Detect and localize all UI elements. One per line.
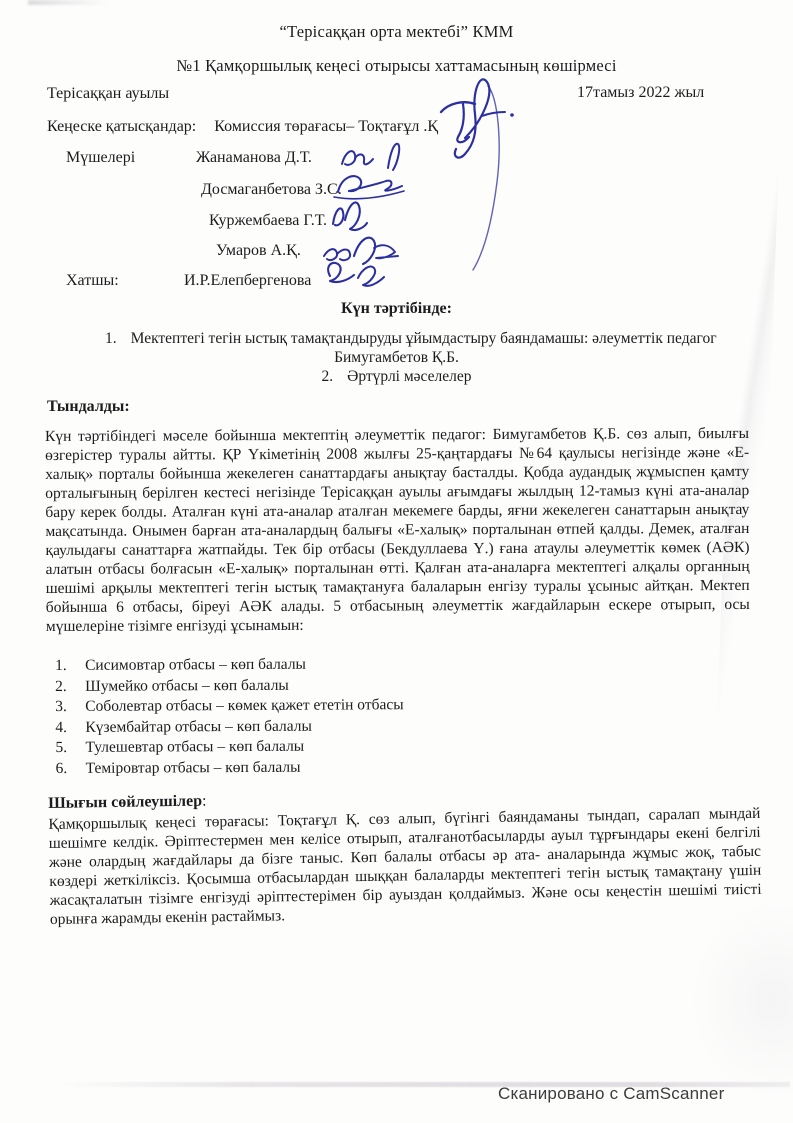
- families-list: 1.Сисимовтар отбасы – көп балалы 2.Шумей…: [55, 654, 404, 779]
- signature-chairman: [425, 72, 535, 277]
- agenda-item-1: 1.Мектептегі тегін ыстық тамақтандыруды …: [105, 330, 717, 348]
- agenda-item-2: 2.Әртүрлі мәселелер: [0, 368, 793, 386]
- speakers-section: Шығын сөйлеушілер: Қамқоршылық кеңесі тө…: [48, 784, 762, 929]
- secretary-name: И.Р.Елепбергенова: [184, 272, 311, 290]
- document-title: “Терісаққан орта мектебі” КММ: [0, 22, 793, 42]
- family-item-text: Соболевтар отбасы – көмек қажет ететін о…: [85, 696, 403, 715]
- family-item-number: 5.: [55, 738, 73, 759]
- agenda-item-2-number: 2.: [322, 368, 334, 386]
- attendees-label: Кеңеске қатысқандар:: [47, 118, 196, 135]
- agenda-item-2-text: Әртүрлі мәселелер: [347, 368, 471, 385]
- family-list-item: 1.Сисимовтар отбасы – көп балалы: [55, 654, 404, 676]
- member-name-2: Досмаганбетова З.С.: [201, 181, 342, 199]
- document-date: 17тамыз 2022 жыл: [577, 84, 704, 102]
- family-list-item: 2.Шумейко отбасы – көп балалы: [55, 675, 404, 697]
- speakers-body: Қамқоршылық кеңесі төрағасы: Тоқтағұл Қ.…: [48, 804, 762, 929]
- agenda-item-1-text: Мектептегі тегін ыстық тамақтандыруды ұй…: [131, 330, 717, 347]
- family-list-item: 5.Тулешевтар отбасы – көп балалы: [55, 736, 404, 758]
- chairman-name: Комиссия төрағасы– Тоқтағұл .Қ: [214, 118, 438, 135]
- camscanner-watermark: Сканировано с CamScanner: [498, 1084, 724, 1104]
- family-item-text: Тулешевтар отбасы – көп балалы: [85, 738, 304, 756]
- heard-heading: Тындалды:: [47, 398, 130, 416]
- family-list-item: 4.Күзембайтар отбасы – көп балалы: [55, 716, 404, 738]
- family-item-text: Күзембайтар отбасы – көп балалы: [85, 717, 312, 735]
- member-name-4: Умаров А.Қ.: [216, 242, 301, 260]
- family-item-number: 3.: [55, 697, 73, 718]
- family-item-number: 4.: [55, 717, 73, 738]
- document-place: Терісаққан ауылы: [47, 85, 169, 103]
- agenda-item-1-number: 1.: [105, 330, 117, 348]
- family-list-item: 3.Соболевтар отбасы – көмек қажет ететін…: [55, 695, 404, 717]
- family-item-text: Сисимовтар отбасы – көп балалы: [85, 656, 306, 674]
- heard-body: Күн тәртібіндегі мәселе бойынша мектепті…: [45, 424, 750, 636]
- agenda-item-1-continued: Бимугамбетов Қ.Б.: [0, 349, 793, 367]
- family-item-number: 2.: [55, 676, 73, 697]
- family-item-text: Теміровтар отбасы – көп балалы: [86, 758, 301, 776]
- signature-secretary: [316, 252, 391, 294]
- member-name-1: Жанаманова Д.Т.: [196, 149, 312, 167]
- family-item-number: 1.: [55, 656, 73, 677]
- agenda-heading: Күн тәртібінде:: [0, 300, 793, 318]
- paper-crease-right: [717, 89, 781, 730]
- scan-smudge-top-left: [28, 0, 108, 5]
- secretary-label: Хатшы:: [66, 272, 119, 290]
- family-item-number: 6.: [56, 758, 74, 779]
- member-name-3: Куржембаева Г.Т.: [209, 212, 327, 230]
- family-list-item: 6.Теміровтар отбасы – көп балалы: [56, 757, 405, 779]
- family-item-text: Шумейко отбасы – көп балалы: [85, 676, 289, 694]
- scanned-document-page: “Терісаққан орта мектебі” КММ №1 Қамқорш…: [0, 0, 793, 1123]
- members-label: Мүшелері: [66, 149, 135, 167]
- paper-shade-bottom-right: [690, 900, 793, 1100]
- document-subtitle: №1 Қамқоршылық кеңесі отырысы хаттамасын…: [0, 56, 793, 76]
